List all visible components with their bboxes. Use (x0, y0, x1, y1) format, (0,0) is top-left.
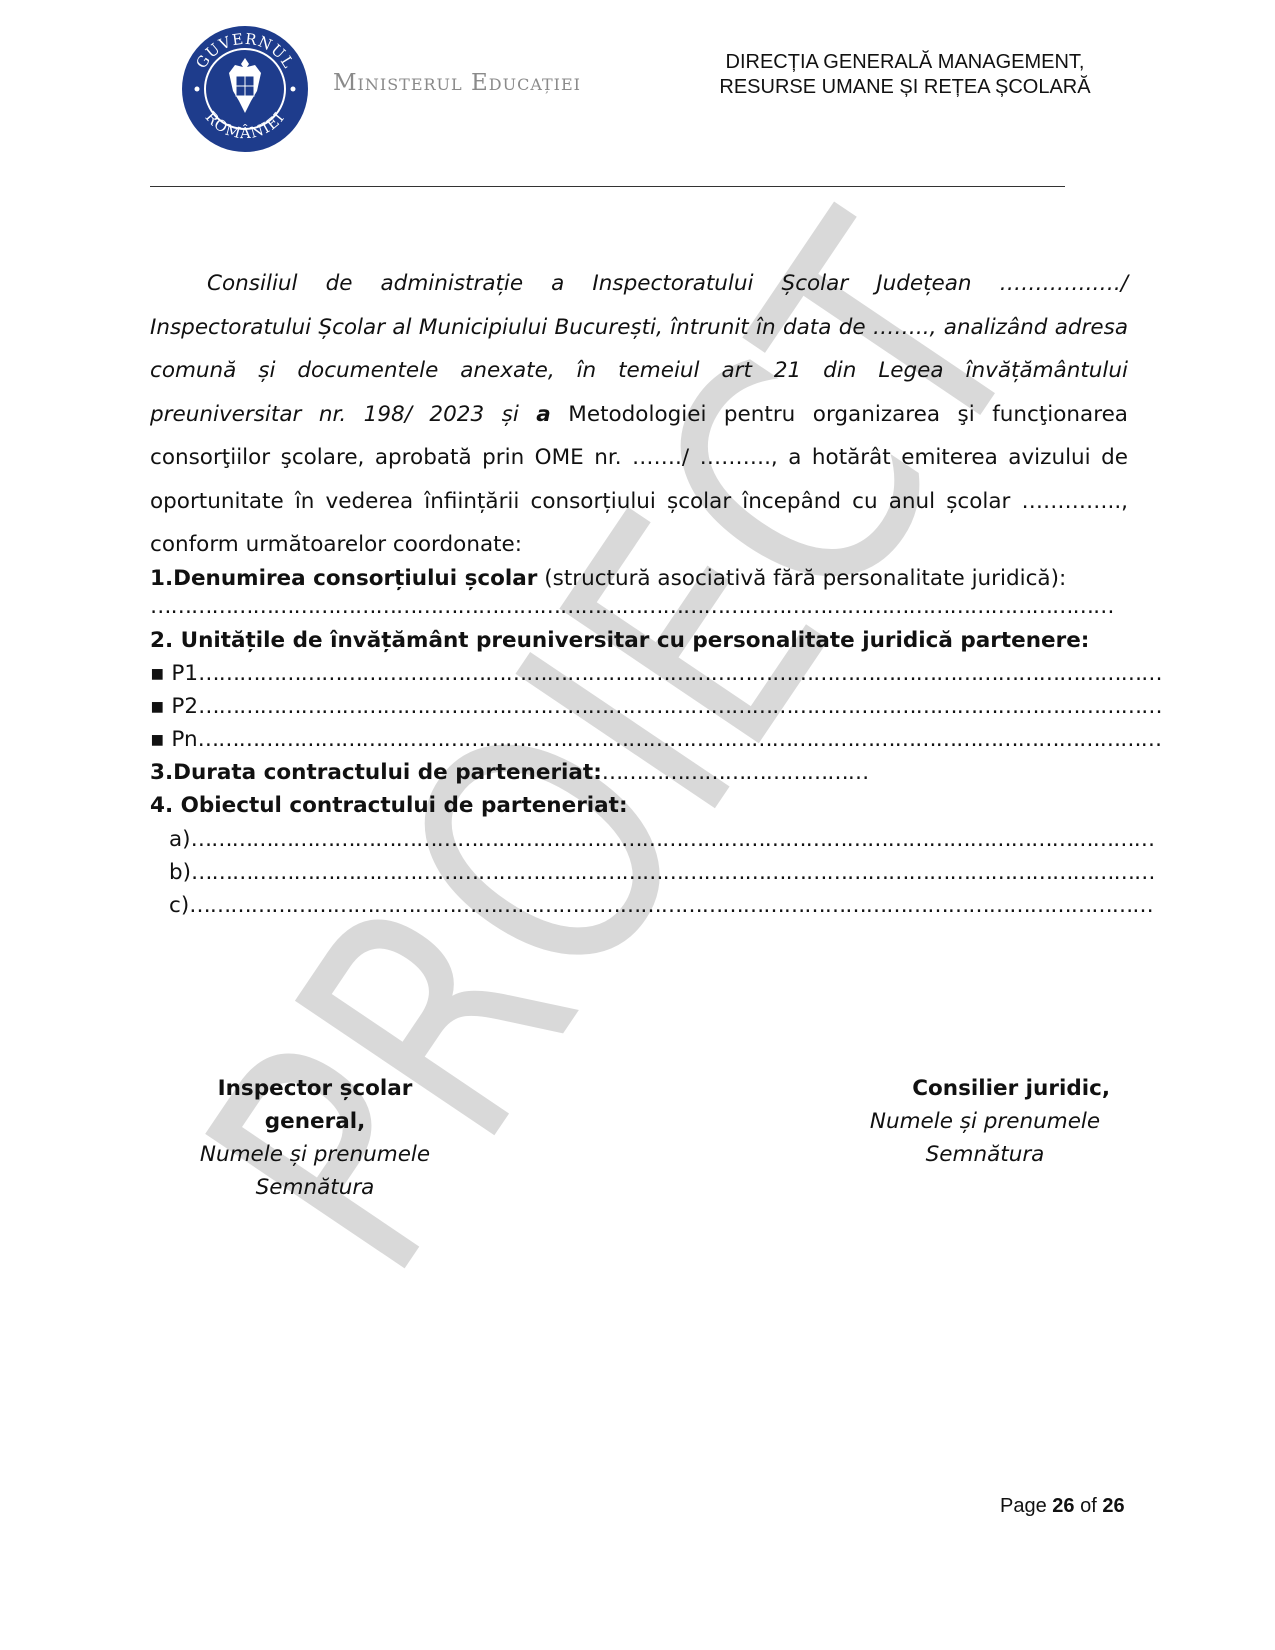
directorate-name: DIRECȚIA GENERALĂ MANAGEMENT, RESURSE UM… (700, 50, 1110, 100)
signature-title: Consilier juridic, (860, 1072, 1110, 1105)
partner-row: ▪ P1………………………………………………………………………………………………… (150, 661, 1162, 686)
section-1-heading: 1.Denumirea consorțiului școlar (structu… (150, 566, 1066, 591)
signature-sign-field: Semnătura (165, 1171, 465, 1204)
signature-block-legal-advisor: Consilier juridic, Numele și prenumele S… (860, 1072, 1110, 1171)
header-divider (150, 186, 1065, 187)
directorate-line-2: RESURSE UMANE ȘI REȚEA ȘCOLARĂ (700, 75, 1110, 100)
ministry-name: Ministerul Educației (333, 70, 581, 96)
signature-block-inspector: Inspector școlar general, Numele și pren… (165, 1072, 465, 1204)
section-2-heading: 2. Unitățile de învățământ preuniversita… (150, 628, 1089, 653)
decision-paragraph: Consiliul de administrație a Inspectorat… (150, 262, 1128, 567)
partner-row: ▪ Pn………………………………………………………………………………………………… (150, 727, 1161, 752)
signature-sign-field: Semnătura (860, 1138, 1110, 1171)
paragraph-bold-a: a (536, 402, 551, 427)
page-number: Page 26 of 26 (1000, 1495, 1125, 1518)
partner-row: ▪ P2………………………………………………………………………………………………… (150, 694, 1162, 719)
coat-of-arms-icon: GUVERNUL ROMÂNIEI (180, 24, 310, 154)
proiect-watermark: PROIECT (0, 0, 1275, 1650)
signature-title: Inspector școlar general, (165, 1072, 465, 1138)
objective-row: c)……………………………………………………………………………………………………… (169, 893, 1153, 918)
document-page: PROIECT GUVERNUL ROMÂNIEI Ministeru (0, 0, 1275, 1650)
signature-name-field: Numele și prenumele (860, 1105, 1110, 1138)
section-4-heading: 4. Obiectul contractului de parteneriat: (150, 793, 628, 818)
section-1-blank: …………………………………………………………………………………………………………… (150, 594, 1114, 619)
government-logo: GUVERNUL ROMÂNIEI (180, 24, 310, 154)
directorate-line-1: DIRECȚIA GENERALĂ MANAGEMENT, (700, 50, 1110, 75)
section-3-heading: 3.Durata contractului de parteneriat:………… (150, 760, 868, 785)
objective-row: b)……………………………………………………………………………………………………… (169, 860, 1155, 885)
signature-name-field: Numele și prenumele (165, 1138, 465, 1171)
objective-row: a)……………………………………………………………………………………………………… (169, 827, 1154, 852)
